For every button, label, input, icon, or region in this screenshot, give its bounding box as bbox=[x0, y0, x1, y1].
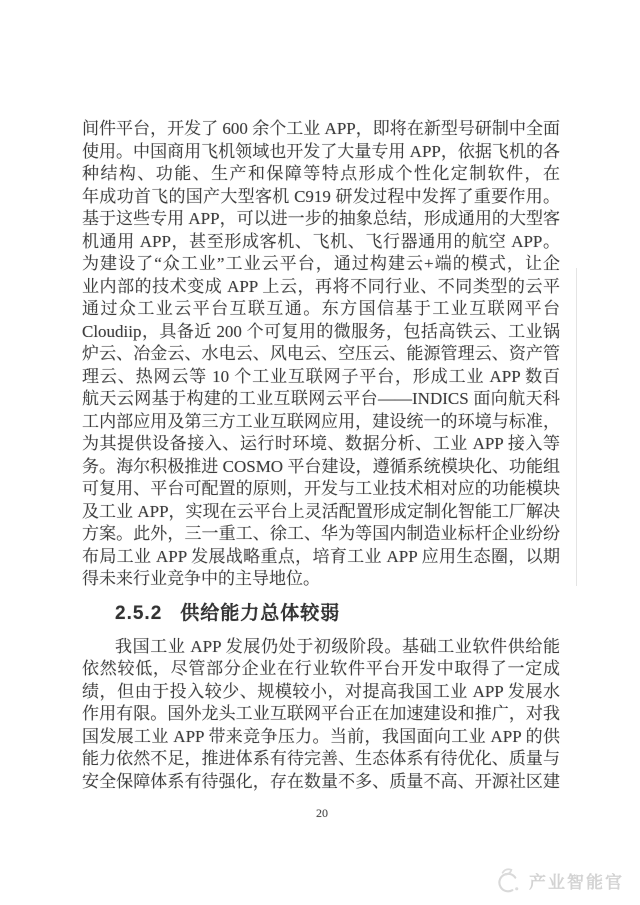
text-line: 通过众工业云平台互联互通。东方国信基于工业互联网平台 bbox=[82, 298, 560, 321]
text-line: 业内部的技术变成 APP 上云，再将不同行业、不同类型的云平台 bbox=[82, 276, 560, 299]
text-line: 布局工业 APP 发展战略重点，培育工业 APP 应用生态圈，以期获 bbox=[82, 546, 560, 569]
scan-artifact-line bbox=[576, 268, 577, 586]
text-line: 机通用 APP，甚至形成客机、飞机、飞行器通用的航空 APP。索 bbox=[82, 231, 560, 254]
text-line: 基于这些专用 APP，可以进一步的抽象总结，形成通用的大型客 bbox=[82, 208, 560, 231]
text-line: 可复用、平台可配置的原则，开发与工业技术相对应的功能模块 bbox=[82, 478, 560, 501]
text-line: 国发展工业 APP 带来竞争压力。当前，我国面向工业 APP 的供给 bbox=[82, 726, 560, 749]
text-line: 能力依然不足，推进体系有待完善、生态体系有待优化、质量与 bbox=[82, 748, 560, 771]
watermark-logo-icon bbox=[491, 864, 524, 897]
watermark: 产业智能官 bbox=[491, 864, 624, 897]
text-line: 作用有限。国外龙头工业互联网平台正在加速建设和推广，对我 bbox=[82, 703, 560, 726]
text-line: 方案。此外，三一重工、徐工、华为等国内制造业标杆企业纷纷 bbox=[82, 523, 560, 546]
text-line: Cloudiip，具备近 200 个可复用的微服务，包括高铁云、工业锅 bbox=[82, 321, 560, 344]
section-number: 2.5.2 bbox=[115, 603, 162, 624]
text-line: 使用。中国商用飞机领域也开发了大量专用 APP，依据飞机的各 bbox=[82, 141, 560, 164]
body-text-block: 间件平台，开发了 600 余个工业 APP，即将在新型号研制中全面 使用。中国商… bbox=[82, 118, 560, 793]
text-line: 为其提供设备接入、运行时环境、数据分析、工业 APP 接入等服 bbox=[82, 433, 560, 456]
text-line: 种结构、功能、生产和保障等特点形成个性化定制软件，在 2017 bbox=[82, 163, 560, 186]
text-line: 及工业 APP，实现在云平台上灵活配置形成定制化智能工厂解决 bbox=[82, 501, 560, 524]
page-number: 20 bbox=[0, 806, 640, 821]
text-line: 间件平台，开发了 600 余个工业 APP，即将在新型号研制中全面 bbox=[82, 118, 560, 141]
text-line: 务。海尔积极推进 COSMO 平台建设，遵循系统模块化、功能组件 bbox=[82, 456, 560, 479]
text-line: 炉云、冶金云、水电云、风电云、空压云、能源管理云、资产管 bbox=[82, 343, 560, 366]
document-page: 间件平台，开发了 600 余个工业 APP，即将在新型号研制中全面 使用。中国商… bbox=[0, 0, 640, 905]
section-title: 供给能力总体较弱 bbox=[180, 603, 340, 624]
text-line: 安全保障体系有待强化，存在数量不多、质量不高、开源社区建 bbox=[82, 771, 560, 794]
text-line: 依然较低，尽管部分企业在行业软件平台开发中取得了一定成 bbox=[82, 658, 560, 681]
text-line: 绩，但由于投入较少、规模较小，对提高我国工业 APP 发展水平 bbox=[82, 681, 560, 704]
text-line: 为建设了“众工业”工业云平台，通过构建云+端的模式，让企 bbox=[82, 253, 560, 276]
section-heading: 2.5.2供给能力总体较弱 bbox=[82, 601, 560, 627]
text-line: 工内部应用及第三方工业互联网应用，建设统一的环境与标准， bbox=[82, 411, 560, 434]
text-line: 得未来行业竞争中的主导地位。 bbox=[82, 568, 560, 591]
text-line: 年成功首飞的国产大型客机 C919 研发过程中发挥了重要作用。 bbox=[82, 186, 560, 209]
text-line: 我国工业 APP 发展仍处于初级阶段。基础工业软件供给能力 bbox=[82, 636, 560, 659]
text-line: 理云、热网云等 10 个工业互联网子平台，形成工业 APP 数百个。 bbox=[82, 366, 560, 389]
paragraph-2: 我国工业 APP 发展仍处于初级阶段。基础工业软件供给能力 依然较低，尽管部分企… bbox=[82, 636, 560, 794]
watermark-label: 产业智能官 bbox=[529, 868, 624, 893]
paragraph-1: 间件平台，开发了 600 余个工业 APP，即将在新型号研制中全面 使用。中国商… bbox=[82, 118, 560, 591]
text-line: 航天云网基于构建的工业互联网云平台——INDICS 面向航天科 bbox=[82, 388, 560, 411]
